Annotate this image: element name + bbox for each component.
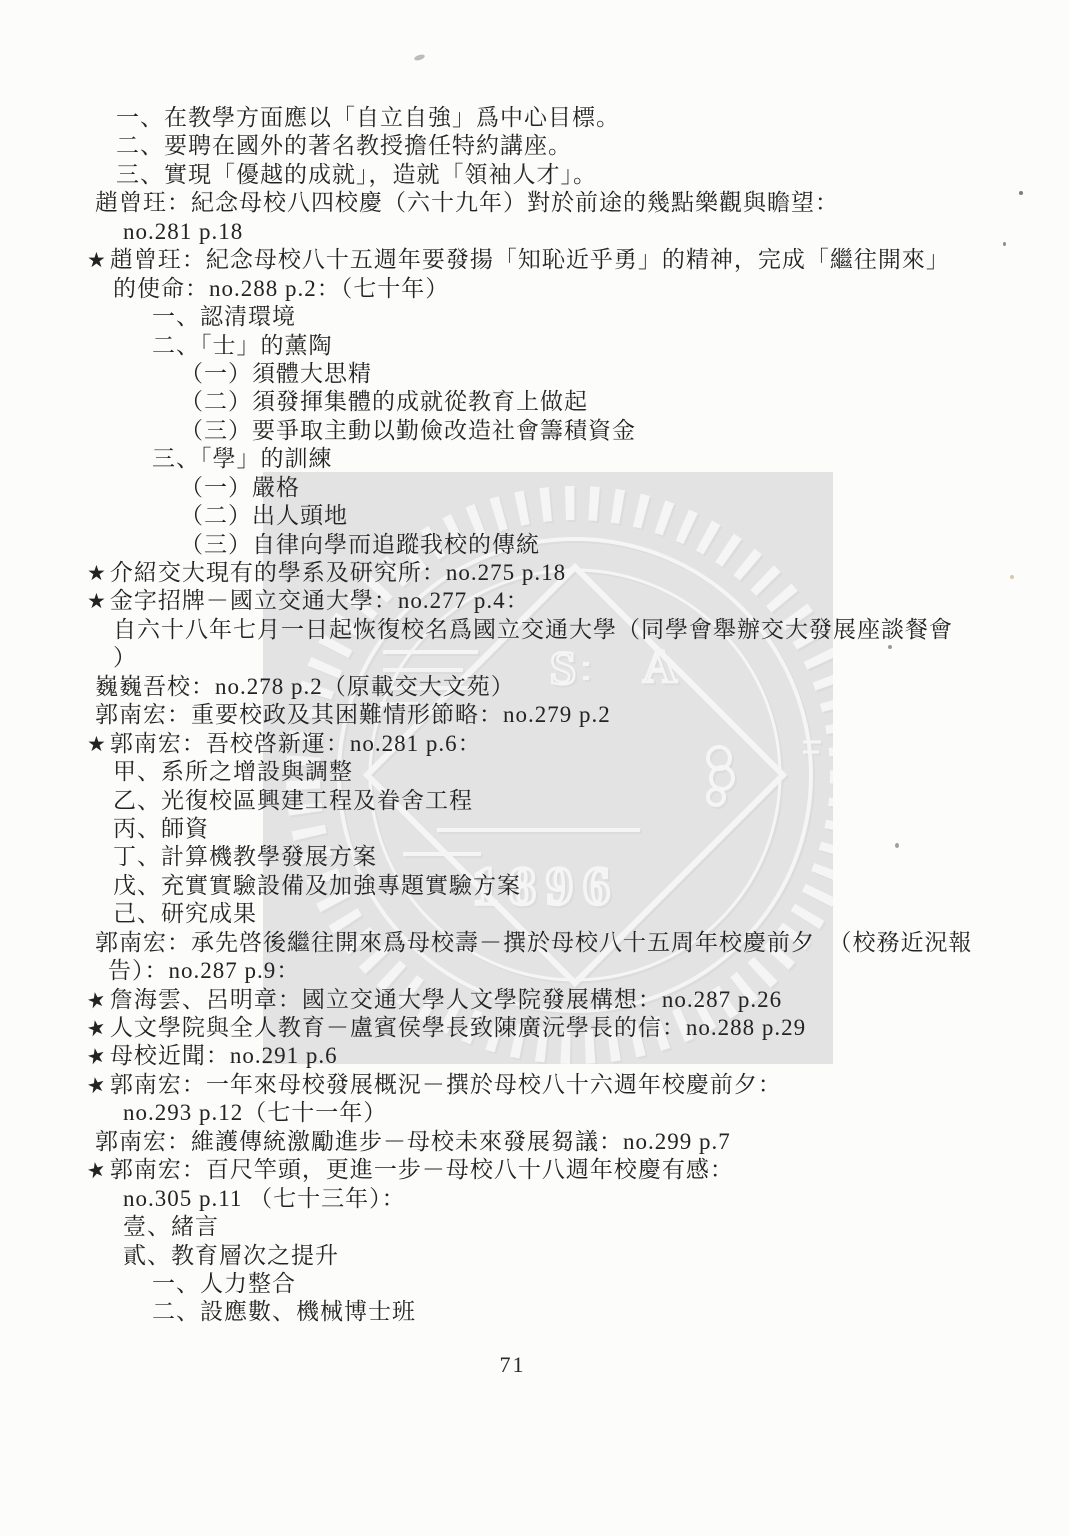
scan-speck	[895, 843, 899, 848]
star-icon: ★	[87, 559, 107, 587]
text-line: 趙曾玨：紀念母校八四校慶（六十九年）對於前途的幾點樂觀與瞻望：	[0, 189, 1069, 217]
star-icon: ★	[87, 587, 107, 615]
star-icon: ★	[85, 1154, 109, 1187]
line-text: 母校近聞：no.291 p.6	[110, 1043, 338, 1068]
text-line: （一）須體大思精	[0, 360, 1069, 388]
text-line: 二、要聘在國外的著名教授擔任特約講座。	[0, 132, 1069, 160]
text-line: ★趙曾玨：紀念母校八十五週年要發揚「知恥近乎勇」的精神，完成「繼往開來」	[0, 246, 1069, 274]
line-text: 壹、緒言	[123, 1214, 219, 1239]
text-line: 丙、師資	[0, 815, 1069, 843]
line-text: 自六十八年七月一日起恢復校名爲國立交通大學（同學會舉辦交大發展座談餐會	[113, 617, 953, 642]
scan-speck	[888, 645, 892, 649]
text-line: ★人文學院與全人教育－盧賓侯學長致陳廣沅學長的信：no.288 p.29	[0, 1014, 1069, 1042]
line-text: （二）出人頭地	[180, 503, 348, 528]
line-text: 郭南宏：一年來母校發展概況－撰於母校八十六週年校慶前夕：	[110, 1072, 782, 1097]
line-text: 三、實現「優越的成就」，造就「領袖人才」。	[116, 162, 597, 187]
text-line: ★郭南宏：一年來母校發展概況－撰於母校八十六週年校慶前夕：	[0, 1071, 1069, 1099]
text-line: 二、「士」的薰陶	[0, 332, 1069, 360]
line-text: 丁、計算機教學發展方案	[113, 844, 377, 869]
line-text: 一、認清環境	[152, 304, 296, 329]
text-line: ★金字招牌－國立交通大學：no.277 p.4：	[0, 587, 1069, 615]
text-line: 貳、教育層次之提升	[0, 1242, 1069, 1270]
text-line: 郭南宏：重要校政及其困難情形節略：no.279 p.2	[0, 701, 1069, 729]
text-line: 丁、計算機教學發展方案	[0, 843, 1069, 871]
text-line: （二）出人頭地	[0, 502, 1069, 530]
line-text: 貳、教育層次之提升	[123, 1243, 339, 1268]
line-text: 二、要聘在國外的著名教授擔任特約講座。	[116, 133, 572, 158]
scan-speck	[1010, 575, 1014, 579]
text-line: no.293 p.12（七十一年）	[0, 1099, 1069, 1127]
line-text: 的使命：no.288 p.2：（七十年）	[113, 276, 449, 301]
line-text: 趙曾玨：紀念母校八四校慶（六十九年）對於前途的幾點樂觀與瞻望：	[95, 190, 839, 215]
line-text: 甲、系所之增設與調整	[113, 759, 353, 784]
line-text: 一、在教學方面應以「自立自強」爲中心目標。	[116, 105, 620, 130]
line-text: 郭南宏：承先啓後繼往開來爲母校壽－撰於母校八十五周年校慶前夕 （校務近況報	[95, 930, 973, 955]
text-line: ★母校近聞：no.291 p.6	[0, 1042, 1069, 1070]
line-text: 二、「士」的薰陶	[152, 333, 333, 358]
text-line: no.281 p.18	[0, 218, 1069, 246]
scan-speck	[1003, 242, 1006, 246]
line-text: 戊、充實實驗設備及加強專題實驗方案	[113, 873, 521, 898]
line-text: （二）須發揮集體的成就從教育上做起	[180, 389, 588, 414]
text-line: 己、研究成果	[0, 900, 1069, 928]
line-text: 三、「學」的訓練	[152, 446, 333, 471]
line-text: （一）嚴格	[180, 475, 300, 500]
line-text: 郭南宏：百尺竿頭，更進一步－母校八十八週年校慶有感：	[110, 1157, 734, 1182]
line-text: 人文學院與全人教育－盧賓侯學長致陳廣沅學長的信：no.288 p.29	[110, 1015, 806, 1040]
text-line: no.305 p.11 （七十三年）：	[0, 1185, 1069, 1213]
text-line: 的使命：no.288 p.2：（七十年）	[0, 275, 1069, 303]
text-line: ★詹海雲、呂明章：國立交通大學人文學院發展構想：no.287 p.26	[0, 986, 1069, 1014]
line-text: 介紹交大現有的學系及研究所：no.275 p.18	[110, 560, 566, 585]
text-line: 三、實現「優越的成就」，造就「領袖人才」。	[0, 161, 1069, 189]
star-icon: ★	[87, 246, 107, 274]
line-text: 郭南宏：吾校啓新運：no.281 p.6：	[110, 731, 482, 756]
line-text: ）	[113, 645, 137, 670]
text-line: 告）：no.287 p.9：	[0, 957, 1069, 985]
text-block: 一、在教學方面應以「自立自強」爲中心目標。二、要聘在國外的著名教授擔任特約講座。…	[0, 104, 1069, 1327]
line-text: 己、研究成果	[113, 901, 257, 926]
text-line: 壹、緒言	[0, 1213, 1069, 1241]
line-text: 丙、師資	[113, 816, 209, 841]
page-number: 71	[0, 1352, 1047, 1378]
star-icon: ★	[85, 983, 109, 1016]
line-text: （三）要爭取主動以勤儉改造社會籌積資金	[180, 418, 636, 443]
text-line: ★郭南宏：百尺竿頭，更進一步－母校八十八週年校慶有感：	[0, 1156, 1069, 1184]
text-line: 一、在教學方面應以「自立自強」爲中心目標。	[0, 104, 1069, 132]
text-line: 巍巍吾校：no.278 p.2（原載交大文苑）	[0, 673, 1069, 701]
line-text: （一）須體大思精	[180, 361, 372, 386]
text-line: ）	[0, 644, 1069, 672]
line-text: （三）自律向學而追蹤我校的傳統	[180, 532, 540, 557]
text-line: 郭南宏：承先啓後繼往開來爲母校壽－撰於母校八十五周年校慶前夕 （校務近況報	[0, 929, 1069, 957]
line-text: 巍巍吾校：no.278 p.2（原載交大文苑）	[95, 674, 515, 699]
star-icon: ★	[87, 730, 107, 758]
line-text: 詹海雲、呂明章：國立交通大學人文學院發展構想：no.287 p.26	[110, 987, 782, 1012]
line-text: 金字招牌－國立交通大學：no.277 p.4：	[110, 588, 530, 613]
text-line: （一）嚴格	[0, 474, 1069, 502]
line-text: 趙曾玨：紀念母校八十五週年要發揚「知恥近乎勇」的精神，完成「繼往開來」	[110, 247, 950, 272]
line-text: 乙、光復校區興建工程及眷舍工程	[113, 788, 473, 813]
scan-speck	[1019, 191, 1023, 195]
star-icon: ★	[85, 1012, 109, 1045]
line-text: no.281 p.18	[123, 219, 243, 244]
text-line: 郭南宏：維護傳統激勵進步－母校未來發展芻議：no.299 p.7	[0, 1128, 1069, 1156]
text-line: 戊、充實實驗設備及加強專題實驗方案	[0, 872, 1069, 900]
text-line: ★郭南宏：吾校啓新運：no.281 p.6：	[0, 730, 1069, 758]
text-line: （三）自律向學而追蹤我校的傳統	[0, 531, 1069, 559]
text-line: 甲、系所之增設與調整	[0, 758, 1069, 786]
line-text: 郭南宏：維護傳統激勵進步－母校未來發展芻議：no.299 p.7	[95, 1129, 731, 1154]
text-line: （三）要爭取主動以勤儉改造社會籌積資金	[0, 417, 1069, 445]
line-text: no.293 p.12（七十一年）	[123, 1100, 387, 1125]
text-line: 自六十八年七月一日起恢復校名爲國立交通大學（同學會舉辦交大發展座談餐會	[0, 616, 1069, 644]
star-icon: ★	[85, 1069, 109, 1102]
star-icon: ★	[85, 1040, 109, 1073]
line-text: 一、人力整合	[152, 1271, 296, 1296]
line-text: 告）：no.287 p.9：	[108, 958, 300, 983]
line-text: 郭南宏：重要校政及其困難情形節略：no.279 p.2	[95, 702, 611, 727]
line-text: no.305 p.11 （七十三年）：	[123, 1186, 406, 1211]
scan-speck	[413, 53, 425, 61]
text-line: ★介紹交大現有的學系及研究所：no.275 p.18	[0, 559, 1069, 587]
text-line: 三、「學」的訓練	[0, 445, 1069, 473]
text-line: 乙、光復校區興建工程及眷舍工程	[0, 787, 1069, 815]
text-line: （二）須發揮集體的成就從教育上做起	[0, 388, 1069, 416]
line-text: 二、設應數、機械博士班	[152, 1299, 416, 1324]
text-line: 一、認清環境	[0, 303, 1069, 331]
text-line: 一、人力整合	[0, 1270, 1069, 1298]
scanned-document-page: S A 1896 一、在教學方面應以「自立自強」爲中心目標。二、要聘在國外的著名…	[0, 0, 1069, 1536]
text-line: 二、設應數、機械博士班	[0, 1298, 1069, 1326]
